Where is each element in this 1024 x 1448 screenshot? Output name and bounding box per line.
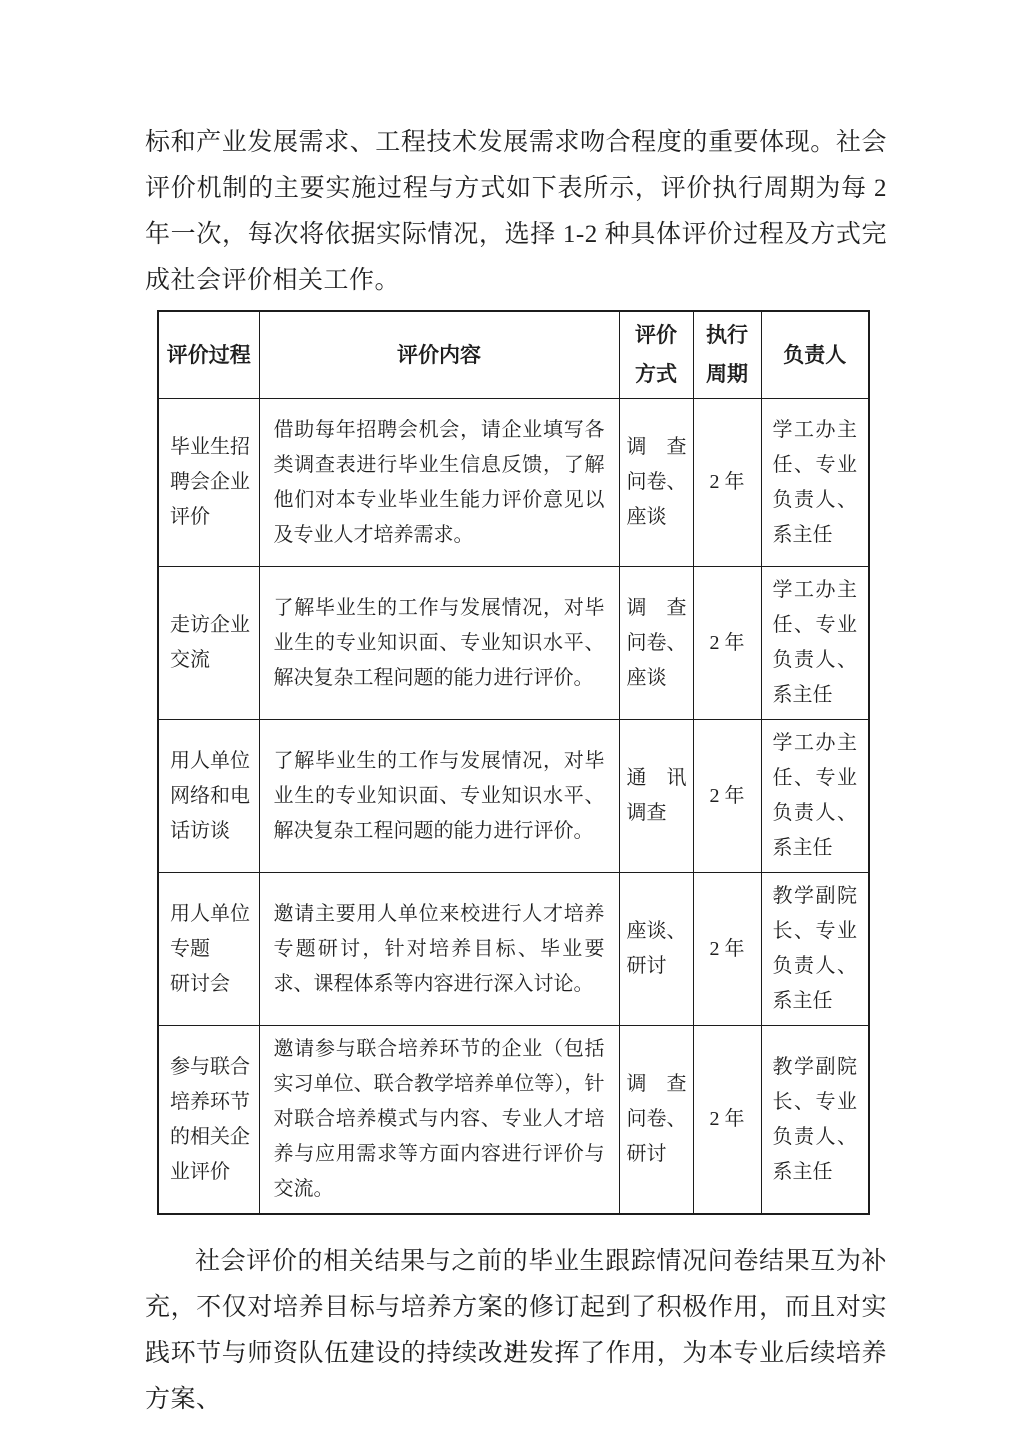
table-header-row: 评价过程评价内容评价 方式执行 周期负责人 <box>158 311 869 399</box>
cell-mode: 调 查 问卷、 座谈 <box>619 399 693 567</box>
column-header-mode: 评价 方式 <box>619 311 693 399</box>
cell-content: 邀请参与联合培养环节的企业（包括实习单位、联合教学培养单位等），针对联合培养模式… <box>259 1026 619 1215</box>
cell-mode: 座谈、 研讨 <box>619 873 693 1026</box>
document-page: 标和产业发展需求、工程技术发展需求吻合程度的重要体现。社会评价机制的主要实施过程… <box>0 0 1024 1448</box>
column-header-period: 执行 周期 <box>693 311 761 399</box>
cell-mode: 调 查 问卷、 座谈 <box>619 567 693 720</box>
cell-owner: 教学副院长、专业负责人、系主任 <box>761 873 869 1026</box>
cell-owner: 教学副院长、专业负责人、系主任 <box>761 1026 869 1215</box>
table-row: 用人单位 专题 研讨会邀请主要用人单位来校进行人才培养专题研讨，针对培养目标、毕… <box>158 873 869 1026</box>
cell-owner: 学工办主任、专业负责人、系主任 <box>761 567 869 720</box>
table-row: 毕业生招 聘会企业 评价借助每年招聘会机会，请企业填写各类调查表进行毕业生信息反… <box>158 399 869 567</box>
cell-content: 了解毕业生的工作与发展情况，对毕业生的专业知识面、专业知识水平、解决复杂工程问题… <box>259 567 619 720</box>
table-row: 走访企业 交流了解毕业生的工作与发展情况，对毕业生的专业知识面、专业知识水平、解… <box>158 567 869 720</box>
cell-process: 走访企业 交流 <box>158 567 259 720</box>
cell-process: 用人单位 专题 研讨会 <box>158 873 259 1026</box>
cell-owner: 学工办主任、专业负责人、系主任 <box>761 720 869 873</box>
paragraph-bottom: 社会评价的相关结果与之前的毕业生跟踪情况问卷结果互为补充，不仅对培养目标与培养方… <box>145 1239 887 1423</box>
cell-owner: 学工办主任、专业负责人、系主任 <box>761 399 869 567</box>
evaluation-table: 评价过程评价内容评价 方式执行 周期负责人 毕业生招 聘会企业 评价借助每年招聘… <box>157 310 870 1215</box>
cell-process: 用人单位 网络和电 话访谈 <box>158 720 259 873</box>
table-body: 毕业生招 聘会企业 评价借助每年招聘会机会，请企业填写各类调查表进行毕业生信息反… <box>158 399 869 1215</box>
cell-content: 借助每年招聘会机会，请企业填写各类调查表进行毕业生信息反馈，了解他们对本专业毕业… <box>259 399 619 567</box>
table-row: 参与联合 培养环节 的相关企 业评价邀请参与联合培养环节的企业（包括实习单位、联… <box>158 1026 869 1215</box>
cell-period: 2 年 <box>693 399 761 567</box>
page-number: - 3 - <box>0 1338 1024 1364</box>
cell-period: 2 年 <box>693 873 761 1026</box>
cell-period: 2 年 <box>693 567 761 720</box>
cell-mode: 通 讯 调查 <box>619 720 693 873</box>
cell-process: 参与联合 培养环节 的相关企 业评价 <box>158 1026 259 1215</box>
cell-content: 了解毕业生的工作与发展情况，对毕业生的专业知识面、专业知识水平、解决复杂工程问题… <box>259 720 619 873</box>
cell-content: 邀请主要用人单位来校进行人才培养专题研讨，针对培养目标、毕业要求、课程体系等内容… <box>259 873 619 1026</box>
column-header-process: 评价过程 <box>158 311 259 399</box>
paragraph-top: 标和产业发展需求、工程技术发展需求吻合程度的重要体现。社会评价机制的主要实施过程… <box>145 0 887 304</box>
column-header-owner: 负责人 <box>761 311 869 399</box>
column-header-content: 评价内容 <box>259 311 619 399</box>
table-row: 用人单位 网络和电 话访谈了解毕业生的工作与发展情况，对毕业生的专业知识面、专业… <box>158 720 869 873</box>
cell-mode: 调 查 问卷、 研讨 <box>619 1026 693 1215</box>
cell-period: 2 年 <box>693 1026 761 1215</box>
cell-process: 毕业生招 聘会企业 评价 <box>158 399 259 567</box>
cell-period: 2 年 <box>693 720 761 873</box>
